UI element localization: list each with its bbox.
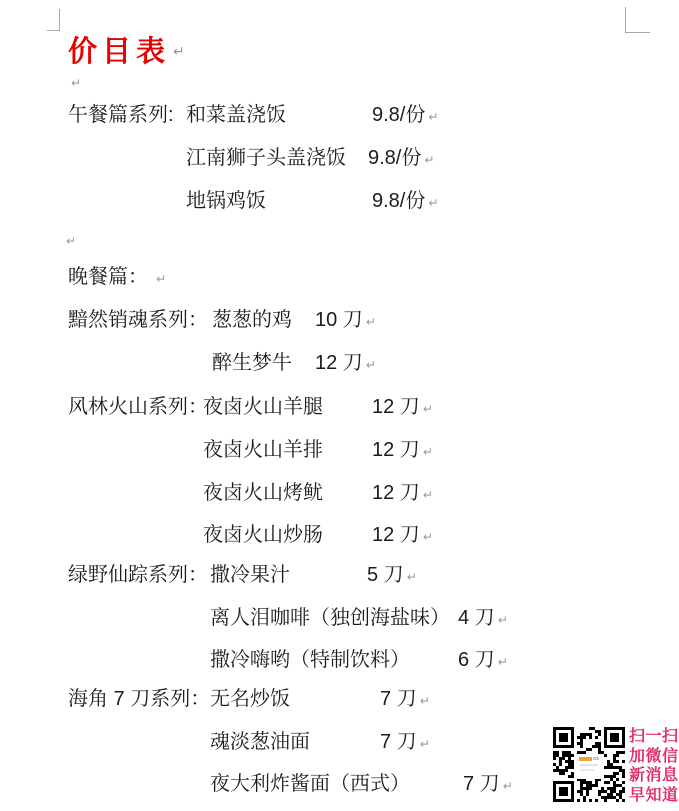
- paragraph-mark: ↵: [498, 651, 508, 673]
- item-name: 夜卤火山炒肠: [203, 524, 323, 546]
- menu-row: 醉生梦牛 12 刀↵: [0, 352, 679, 375]
- paragraph-mark: ↵: [424, 149, 434, 171]
- item-name: 夜卤火山羊腿: [203, 396, 323, 418]
- item-price: 6 刀↵: [458, 649, 508, 673]
- paragraph-mark: ↵: [66, 234, 76, 248]
- qr-code-image: [553, 727, 625, 803]
- dinner-heading-row: 晚餐篇：↵: [0, 266, 679, 289]
- page-title-text: 价目表: [68, 36, 170, 68]
- item-name: 撒冷嗨哟（特制饮料）: [210, 649, 410, 671]
- paragraph-mark: ↵: [498, 609, 508, 631]
- paragraph-mark: ↵: [173, 36, 185, 67]
- series-label: 风林火山系列：: [68, 396, 208, 418]
- menu-row: 风林火山系列： 夜卤火山羊腿 12 刀↵: [0, 396, 679, 419]
- paragraph-mark: ↵: [423, 526, 433, 548]
- paragraph-mark: ↵: [420, 690, 430, 712]
- menu-row: 夜卤火山烤鱿 12 刀↵: [0, 482, 679, 505]
- paragraph-mark: ↵: [428, 192, 438, 214]
- item-price: 12 刀↵: [372, 524, 433, 548]
- menu-row: 海角 7 刀系列： 无名炒饭 7 刀↵: [0, 688, 679, 711]
- dinner-heading: 晚餐篇：↵: [68, 266, 166, 290]
- qr-caption-line: 早知道: [629, 786, 679, 806]
- wechat-qr-code: [553, 727, 625, 803]
- page-title: 价目表↵: [68, 36, 185, 68]
- word-document-page: { "title": { "text": "价目表" }, "marks": {…: [0, 0, 679, 811]
- item-price: 12 刀↵: [315, 352, 376, 376]
- item-name: 无名炒饭: [210, 688, 290, 710]
- item-price: 12 刀↵: [372, 482, 433, 506]
- menu-row: 黯然销魂系列： 葱葱的鸡 10 刀↵: [0, 309, 679, 332]
- paragraph-mark: ↵: [420, 733, 430, 755]
- item-price: 7 刀↵: [380, 731, 430, 755]
- paragraph-mark: ↵: [366, 311, 376, 333]
- item-price: 5 刀↵: [367, 564, 417, 588]
- series-label: 绿野仙踪系列：: [68, 564, 208, 586]
- menu-row: 绿野仙踪系列： 撒冷果汁 5 刀↵: [0, 564, 679, 587]
- item-name: 夜卤火山烤鱿: [203, 482, 323, 504]
- menu-row: 夜卤火山羊排 12 刀↵: [0, 439, 679, 462]
- item-price: 12 刀↵: [372, 396, 433, 420]
- item-price: 9.8/份↵: [372, 190, 438, 214]
- paragraph-mark: ↵: [407, 566, 417, 588]
- item-price: 4 刀↵: [458, 607, 508, 631]
- item-name: 夜卤火山羊排: [203, 439, 323, 461]
- menu-row: 午餐篇系列: 和菜盖浇饭 9.8/份↵: [0, 104, 679, 127]
- series-label: 午餐篇系列:: [68, 104, 174, 126]
- paragraph-mark: ↵: [428, 106, 438, 128]
- item-name: 醉生梦牛: [212, 352, 292, 374]
- text-boundary-mark-top-left: [47, 9, 60, 31]
- item-price: 10 刀↵: [315, 309, 376, 333]
- item-price: 12 刀↵: [372, 439, 433, 463]
- item-name: 离人泪咖啡（独创海盐味）: [210, 607, 450, 629]
- paragraph-mark: ↵: [366, 354, 376, 376]
- qr-caption-line: 扫一扫: [629, 727, 679, 747]
- paragraph-mark: ↵: [423, 441, 433, 463]
- item-name: 葱葱的鸡: [212, 309, 292, 331]
- paragraph-mark: ↵: [71, 76, 81, 90]
- qr-caption-line: 加微信: [629, 747, 679, 767]
- menu-row: 离人泪咖啡（独创海盐味） 4 刀↵: [0, 607, 679, 630]
- item-name: 夜大利炸酱面（西式）: [210, 773, 410, 795]
- qr-caption: 扫一扫 加微信 新消息 早知道: [629, 727, 679, 805]
- series-label: 海角 7 刀系列：: [68, 688, 210, 710]
- menu-row: 地锅鸡饭 9.8/份↵: [0, 190, 679, 213]
- menu-row: 夜卤火山炒肠 12 刀↵: [0, 524, 679, 547]
- paragraph-mark: ↵: [156, 268, 166, 290]
- item-name: 撒冷果汁: [210, 564, 290, 586]
- menu-row: 撒冷嗨哟（特制饮料） 6 刀↵: [0, 649, 679, 672]
- item-name: 江南狮子头盖浇饭: [186, 147, 346, 169]
- item-name: 和菜盖浇饭: [186, 104, 286, 126]
- item-price: 7 刀↵: [380, 688, 430, 712]
- paragraph-mark: ↵: [503, 775, 513, 797]
- paragraph-mark: ↵: [423, 398, 433, 420]
- item-price: 7 刀↵: [463, 773, 513, 797]
- paragraph-mark: ↵: [423, 484, 433, 506]
- item-name: 魂淡葱油面: [210, 731, 310, 753]
- item-price: 9.8/份↵: [368, 147, 434, 171]
- qr-caption-line: 新消息: [629, 766, 679, 786]
- menu-row: 江南狮子头盖浇饭 9.8/份↵: [0, 147, 679, 170]
- item-price: 9.8/份↵: [372, 104, 438, 128]
- series-label: 黯然销魂系列：: [68, 309, 208, 331]
- text-boundary-mark-top-right: [625, 7, 650, 33]
- item-name: 地锅鸡饭: [186, 190, 266, 212]
